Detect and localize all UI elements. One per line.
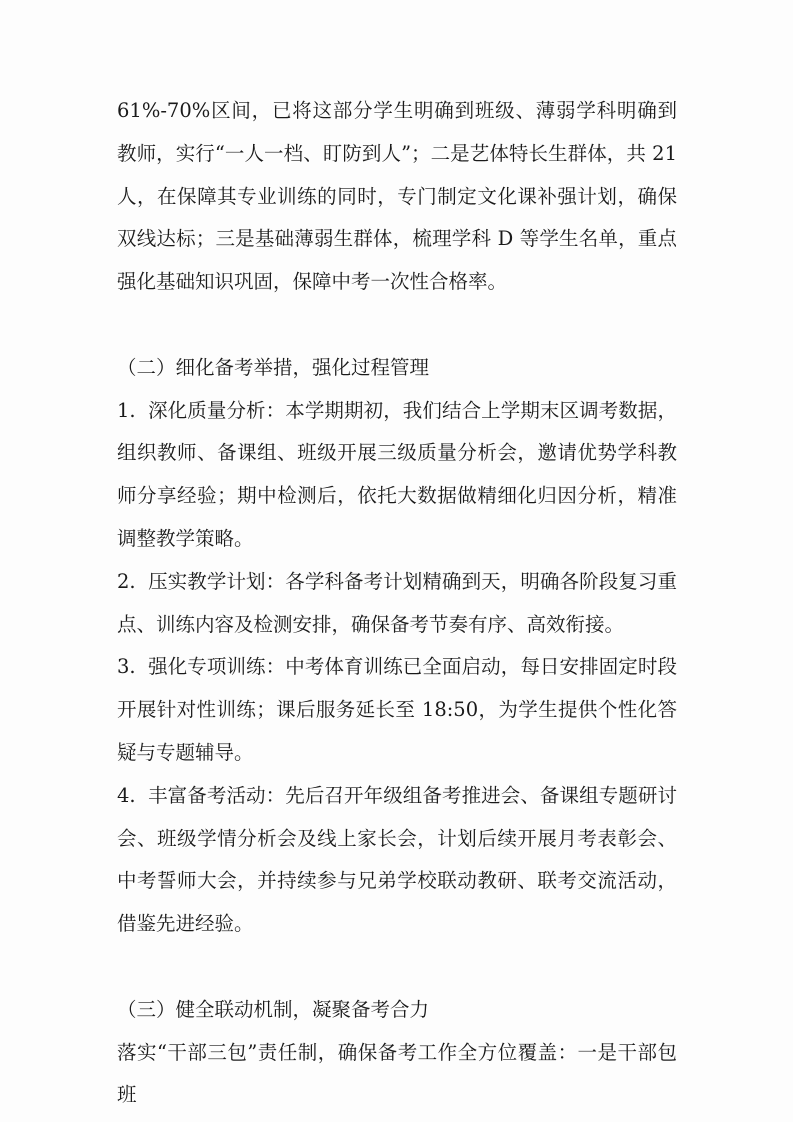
list-item-text: 深化质量分析：本学期期初，我们结合上学期末区调考数据，组织教师、备课组、班级开展… (117, 399, 677, 550)
blank-line (117, 946, 677, 989)
section-heading-2: （二）细化备考举措，强化过程管理 (117, 347, 677, 390)
list-item-text: 压实教学计划：各学科备考计划精确到天，明确各阶段复习重点、训练内容及检测安排，确… (117, 570, 677, 636)
list-number: 4. (117, 775, 148, 818)
list-number: 1. (117, 390, 148, 433)
list-number: 3. (117, 646, 148, 689)
intro-paragraph: 61%-70%区间，已将这部分学生明确到班级、薄弱学科明确到教师，实行“一人一档… (117, 90, 677, 304)
section-3-paragraph: 落实“干部三包”责任制，确保备考工作全方位覆盖：一是干部包班 (117, 1032, 677, 1118)
list-item-1: 1.深化质量分析：本学期期初，我们结合上学期末区调考数据，组织教师、备课组、班级… (117, 390, 677, 561)
list-item-2: 2.压实教学计划：各学科备考计划精确到天，明确各阶段复习重点、训练内容及检测安排… (117, 561, 677, 647)
document-page: 61%-70%区间，已将这部分学生明确到班级、薄弱学科明确到教师，实行“一人一档… (117, 90, 677, 1117)
list-item-text: 强化专项训练：中考体育训练已全面启动，每日安排固定时段开展针对性训练；课后服务延… (117, 655, 677, 764)
list-item-3: 3.强化专项训练：中考体育训练已全面启动，每日安排固定时段开展针对性训练；课后服… (117, 646, 677, 774)
section-heading-3: （三）健全联动机制，凝聚备考合力 (117, 989, 677, 1032)
list-item-text: 丰富备考活动：先后召开年级组备考推进会、备课组专题研讨会、班级学情分析会及线上家… (117, 784, 677, 935)
list-item-4: 4.丰富备考活动：先后召开年级组备考推进会、备课组专题研讨会、班级学情分析会及线… (117, 775, 677, 946)
list-number: 2. (117, 561, 148, 604)
blank-line (117, 304, 677, 347)
